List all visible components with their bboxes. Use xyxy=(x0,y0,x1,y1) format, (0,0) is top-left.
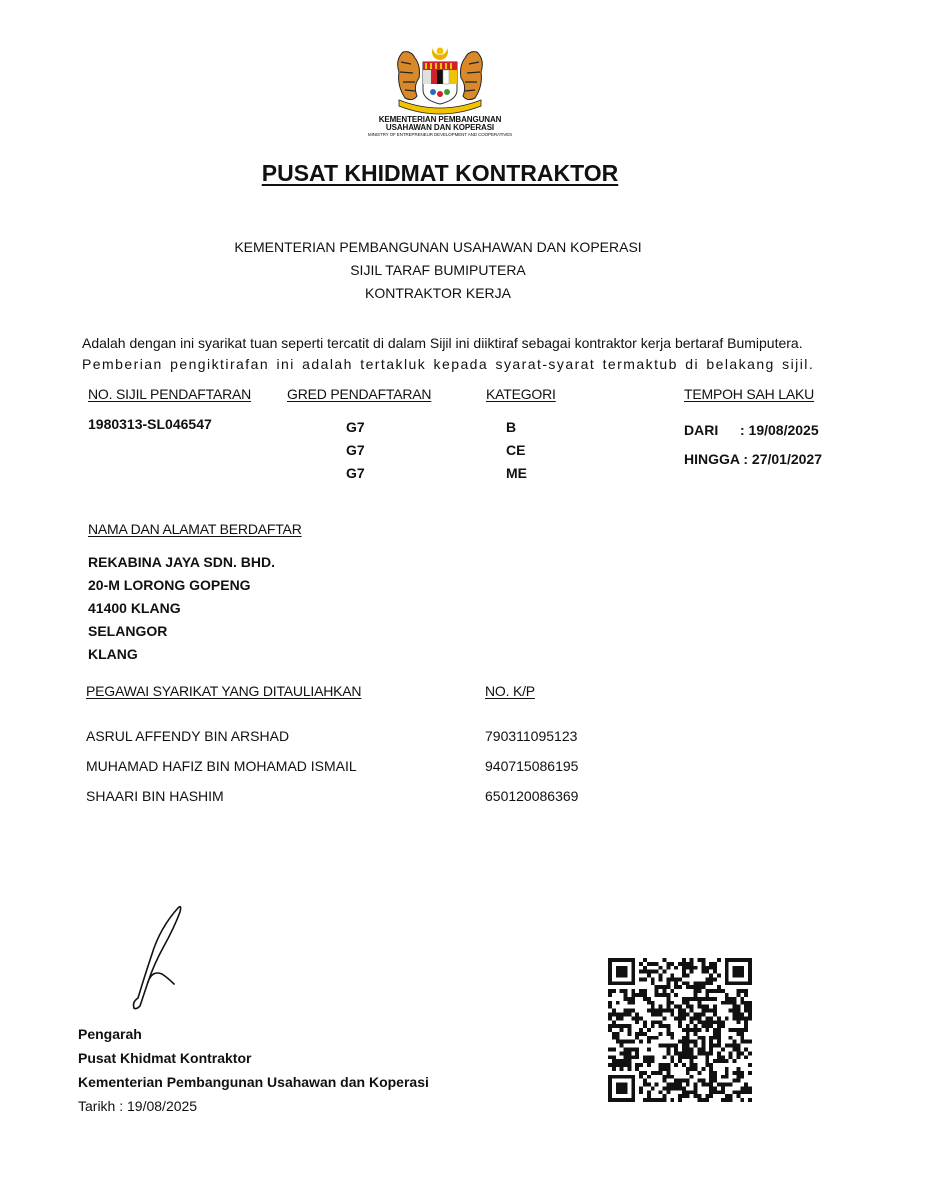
sijil-number: 1980313-SL046547 xyxy=(88,416,212,432)
officer-ic: 650120086369 xyxy=(485,781,578,811)
category-item: B xyxy=(506,416,527,439)
header-sijil: NO. SIJIL PENDAFTARAN xyxy=(88,386,251,402)
signature-icon xyxy=(118,898,198,1018)
logo-line-3: MINISTRY OF ENTREPRENEUR DEVELOPMENT AND… xyxy=(340,133,540,138)
ic-header: NO. K/P xyxy=(485,683,535,699)
address-header: NAMA DAN ALAMAT BERDAFTAR xyxy=(88,521,302,537)
address-line: 41400 KLANG xyxy=(88,597,275,620)
category-item: CE xyxy=(506,439,527,462)
page-title: PUSAT KHIDMAT KONTRAKTOR xyxy=(0,160,880,187)
header-kategori: KATEGORI xyxy=(486,386,556,402)
officer-ic: 940715086195 xyxy=(485,751,578,781)
validity-to-label: HINGGA xyxy=(684,451,739,467)
signatory-dept: Pusat Khidmat Kontraktor xyxy=(78,1046,429,1070)
logo-line-2: USAHAWAN DAN KOPERASI xyxy=(340,124,540,132)
signatory-ministry: Kementerian Pembangunan Usahawan dan Kop… xyxy=(78,1070,429,1094)
officers-header: PEGAWAI SYARIKAT YANG DITAULIAHKAN xyxy=(86,683,361,699)
officer-row: SHAARI BIN HASHIM 650120086369 xyxy=(86,781,626,811)
grade-item: G7 xyxy=(346,439,365,462)
address-line: 20-M LORONG GOPENG xyxy=(88,574,275,597)
intro-paragraph: Adalah dengan ini syarikat tuan seperti … xyxy=(82,333,888,375)
address-line: KLANG xyxy=(88,643,275,666)
validity-from: DARI: 19/08/2025 xyxy=(684,416,822,445)
signatory-block: Pengarah Pusat Khidmat Kontraktor Kement… xyxy=(78,1022,429,1094)
qr-code-icon[interactable] xyxy=(608,958,752,1102)
subtitle-ministry: KEMENTERIAN PEMBANGUNAN USAHAWAN DAN KOP… xyxy=(0,236,876,259)
officer-name: MUHAMAD HAFIZ BIN MOHAMAD ISMAIL xyxy=(86,751,485,781)
grade-list: G7 G7 G7 xyxy=(346,416,365,485)
issue-date: Tarikh : 19/08/2025 xyxy=(78,1098,197,1114)
officer-name: SHAARI BIN HASHIM xyxy=(86,781,485,811)
subtitle-type: KONTRAKTOR KERJA xyxy=(0,282,876,305)
grade-item: G7 xyxy=(346,416,365,439)
subtitle-certificate: SIJIL TARAF BUMIPUTERA xyxy=(0,259,876,282)
validity-from-label: DARI xyxy=(684,416,740,445)
grade-item: G7 xyxy=(346,462,365,485)
officer-ic: 790311095123 xyxy=(485,721,577,751)
validity-period: DARI: 19/08/2025 HINGGA : 27/01/2027 xyxy=(684,416,822,474)
intro-line-1: Adalah dengan ini syarikat tuan seperti … xyxy=(82,333,888,354)
validity-from-date: : 19/08/2025 xyxy=(740,422,819,438)
header-tempoh: TEMPOH SAH LAKU xyxy=(684,386,814,402)
validity-to-date: : 27/01/2027 xyxy=(743,451,822,467)
signatory-title: Pengarah xyxy=(78,1022,429,1046)
company-name: REKABINA JAYA SDN. BHD. xyxy=(88,551,275,574)
registered-address: REKABINA JAYA SDN. BHD. 20-M LORONG GOPE… xyxy=(88,551,275,666)
category-list: B CE ME xyxy=(506,416,527,485)
intro-line-2: Pemberian pengiktirafan ini adalah terta… xyxy=(82,354,888,375)
officer-row: ASRUL AFFENDY BIN ARSHAD 790311095123 xyxy=(86,721,626,751)
address-line: SELANGOR xyxy=(88,620,275,643)
officer-name: ASRUL AFFENDY BIN ARSHAD xyxy=(86,721,485,751)
officers-list: ASRUL AFFENDY BIN ARSHAD 790311095123 MU… xyxy=(86,721,626,811)
header-gred: GRED PENDAFTARAN xyxy=(287,386,431,402)
certificate-subtitle: KEMENTERIAN PEMBANGUNAN USAHAWAN DAN KOP… xyxy=(0,236,876,305)
officer-row: MUHAMAD HAFIZ BIN MOHAMAD ISMAIL 9407150… xyxy=(86,751,626,781)
ministry-logo-text: KEMENTERIAN PEMBANGUNAN USAHAWAN DAN KOP… xyxy=(340,116,540,138)
validity-to: HINGGA : 27/01/2027 xyxy=(684,445,822,474)
category-item: ME xyxy=(506,462,527,485)
coat-of-arms-icon xyxy=(385,42,495,117)
